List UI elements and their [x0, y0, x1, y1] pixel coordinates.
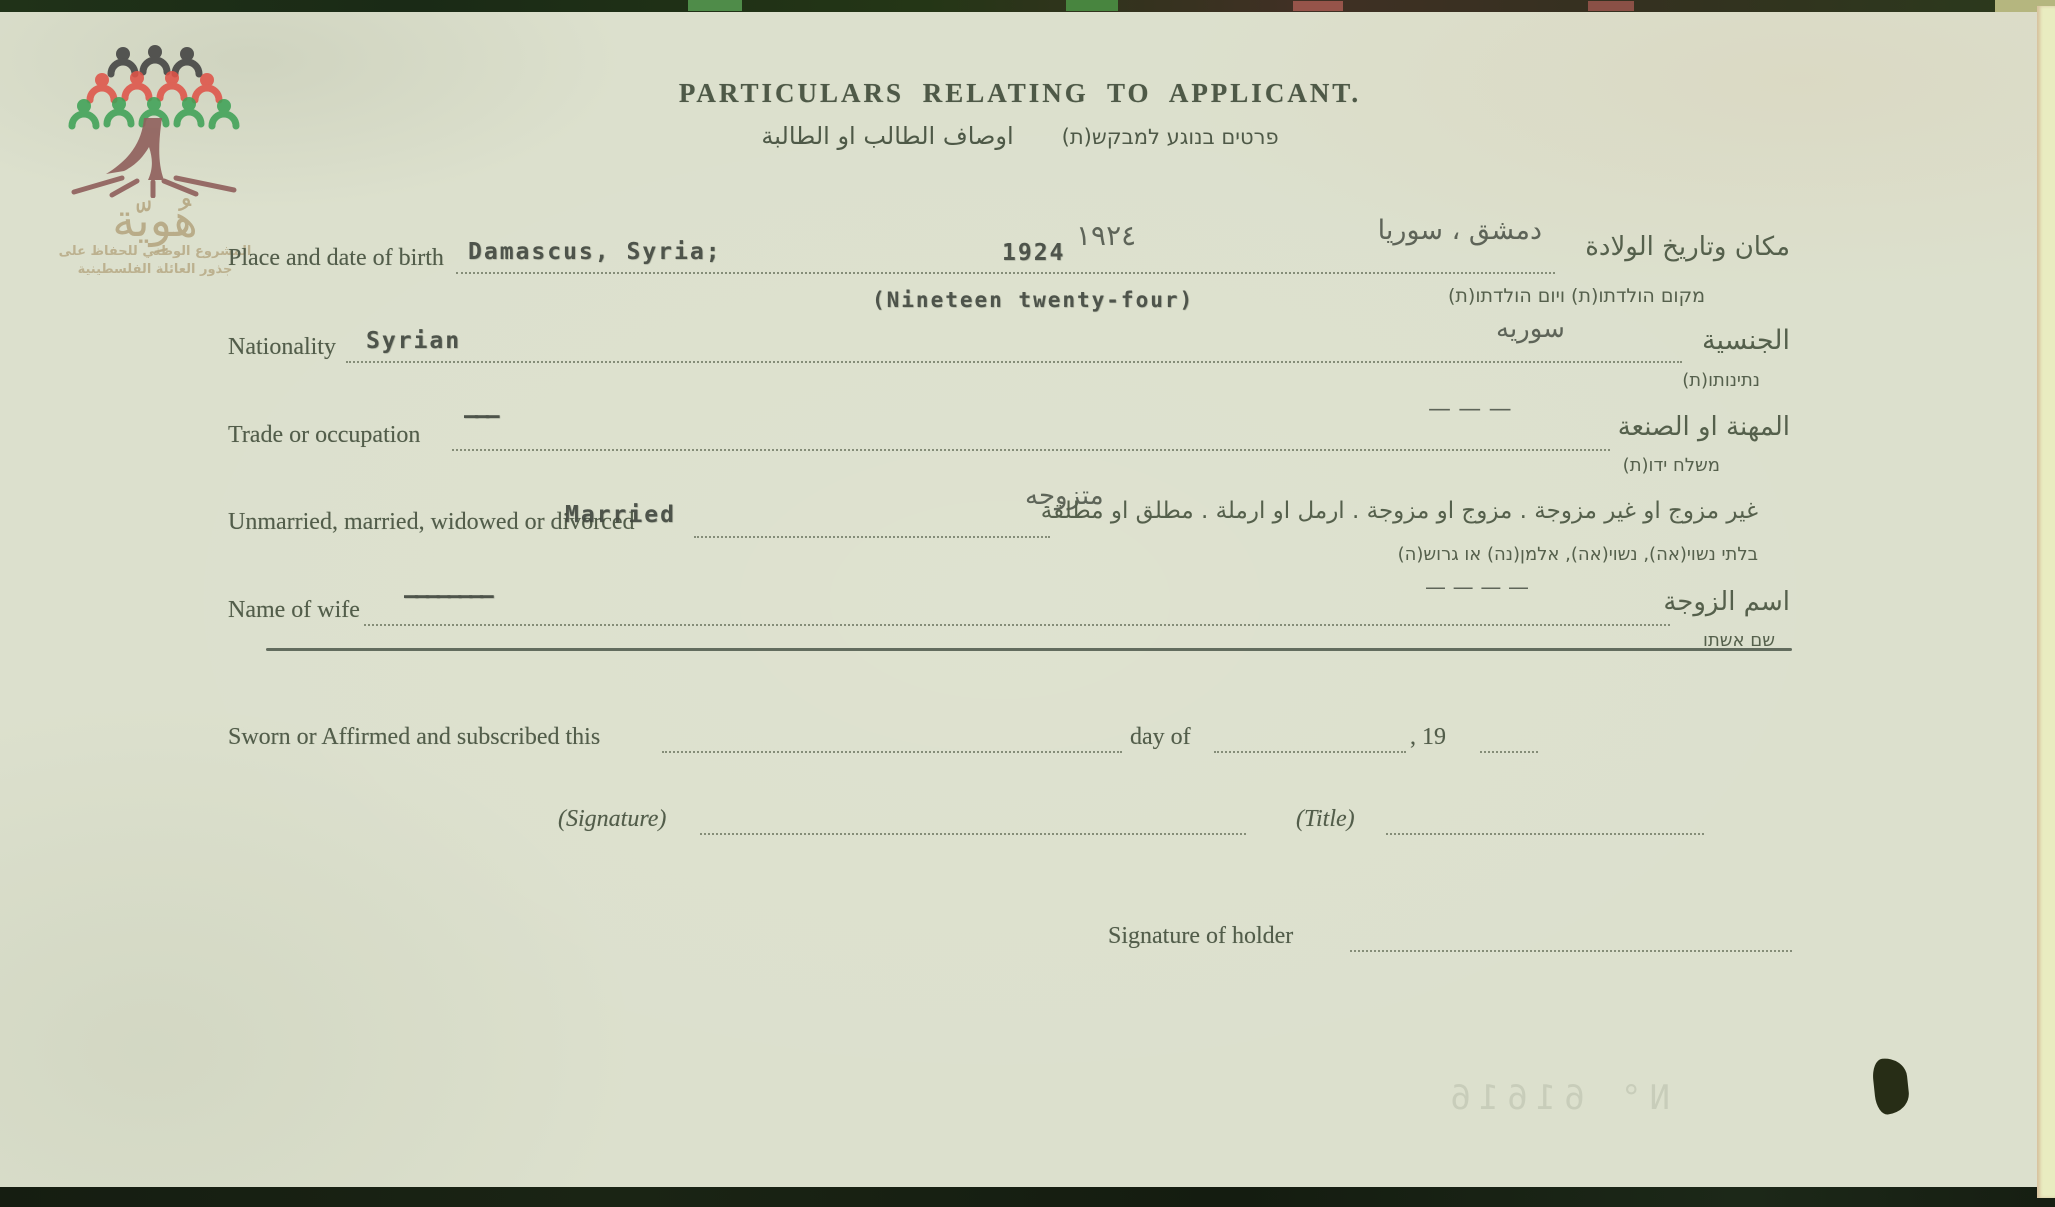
day-of-label: day of [1130, 724, 1191, 751]
dotted-line [694, 514, 1050, 538]
trade-handwritten-dashes: — — — [1428, 396, 1512, 422]
nationality-label-ar: الجنسية [1650, 325, 1790, 356]
marital-label-he: בלתי נשוי(אה), נשוי(אה), אלמן(נה) או גרו… [1325, 544, 1758, 565]
dotted-line [1350, 928, 1792, 952]
marital-typed-value: Married [565, 502, 676, 528]
nationality-handwritten-arabic: سوريه [1496, 314, 1565, 344]
scan-edge-bottom [0, 1187, 2055, 1207]
title-label: (Title) [1296, 806, 1355, 833]
scan-edge-artifact [1588, 1, 1634, 11]
wife-handwritten-dashes: — — — — [1425, 575, 1529, 599]
dotted-line [364, 602, 1670, 626]
dotted-line [346, 339, 1682, 363]
birth-handwritten-year-arabic: ١٩٢٤ [1076, 219, 1136, 252]
year-prefix-label: , 19 [1410, 724, 1446, 751]
trade-label-he: משלח ידו(ת) [1520, 455, 1720, 476]
nationality-label-en: Nationality [228, 334, 336, 361]
scan-edge-artifact [688, 0, 742, 11]
birth-typed-year-words: (Nineteen twenty-four) [872, 288, 1194, 312]
tree-trunk [74, 118, 234, 196]
ink-blot-artifact [1871, 1056, 1911, 1115]
dotted-line [452, 427, 1610, 451]
scan-edge-right [2037, 6, 2055, 1198]
form-subtitle-hebrew: פרטים בנוגע למבקש(ת) [1062, 122, 1279, 150]
logo-tree-graphic [50, 40, 260, 198]
birth-typed-year: 1924 [1002, 240, 1065, 266]
nationality-label-he: נתינותו(ת) [1610, 370, 1760, 391]
scan-edge-artifact [1066, 0, 1118, 11]
wife-label-ar: اسم الزوجة [1650, 587, 1790, 617]
dotted-line [1214, 729, 1406, 753]
dotted-line [1386, 811, 1704, 835]
birth-typed-value: Damascus, Syria; [468, 239, 722, 265]
dotted-line [662, 729, 1122, 753]
birth-label-he: מקום הולדתו(ת) ויום הולדתו(ת) [1370, 285, 1705, 307]
marital-label-ar: غير مزوج او غير مزوجة . مزوج او مزوجة . … [1052, 498, 1758, 524]
trade-label-en: Trade or occupation [228, 422, 420, 449]
form-title: PARTICULARS RELATING TO APPLICANT. [580, 78, 1460, 109]
signature-of-holder-label: Signature of holder [1108, 923, 1293, 950]
dotted-line [1480, 729, 1538, 753]
wife-typed-value: ———————— [404, 583, 491, 609]
trade-label-ar: المهنة او الصنعة [1590, 412, 1790, 442]
trade-typed-value: ——— [464, 403, 497, 429]
birth-label-ar: مكان وتاريخ الولادة [1500, 232, 1790, 262]
huwiyya-project-logo: هُوِيّة المشروع الوطني للحفاظ على جذور ا… [40, 40, 270, 278]
scan-edge-top [0, 0, 2055, 12]
form-subtitle: اوصاف الطالب او الطالبة פרטים בנוגע למבק… [580, 122, 1460, 150]
birth-label-en: Place and date of birth [228, 245, 444, 272]
section-divider-rule [266, 648, 1792, 651]
wife-label-en: Name of wife [228, 597, 360, 624]
dotted-line [700, 811, 1246, 835]
logo-calligraphy: هُوِيّة [40, 197, 270, 243]
bleedthrough-serial-number: N° 61616 [1330, 1078, 1670, 1118]
signature-label: (Signature) [558, 806, 666, 833]
canopy-figures-black [111, 45, 199, 74]
sworn-statement-label: Sworn or Affirmed and subscribed this [228, 724, 600, 751]
nationality-typed-value: Syrian [366, 328, 461, 354]
scan-edge-artifact [1293, 1, 1343, 11]
form-subtitle-arabic: اوصاف الطالب او الطالبة [761, 122, 1013, 150]
scanned-document-page: هُوِيّة المشروع الوطني للحفاظ على جذور ا… [0, 0, 2055, 1207]
